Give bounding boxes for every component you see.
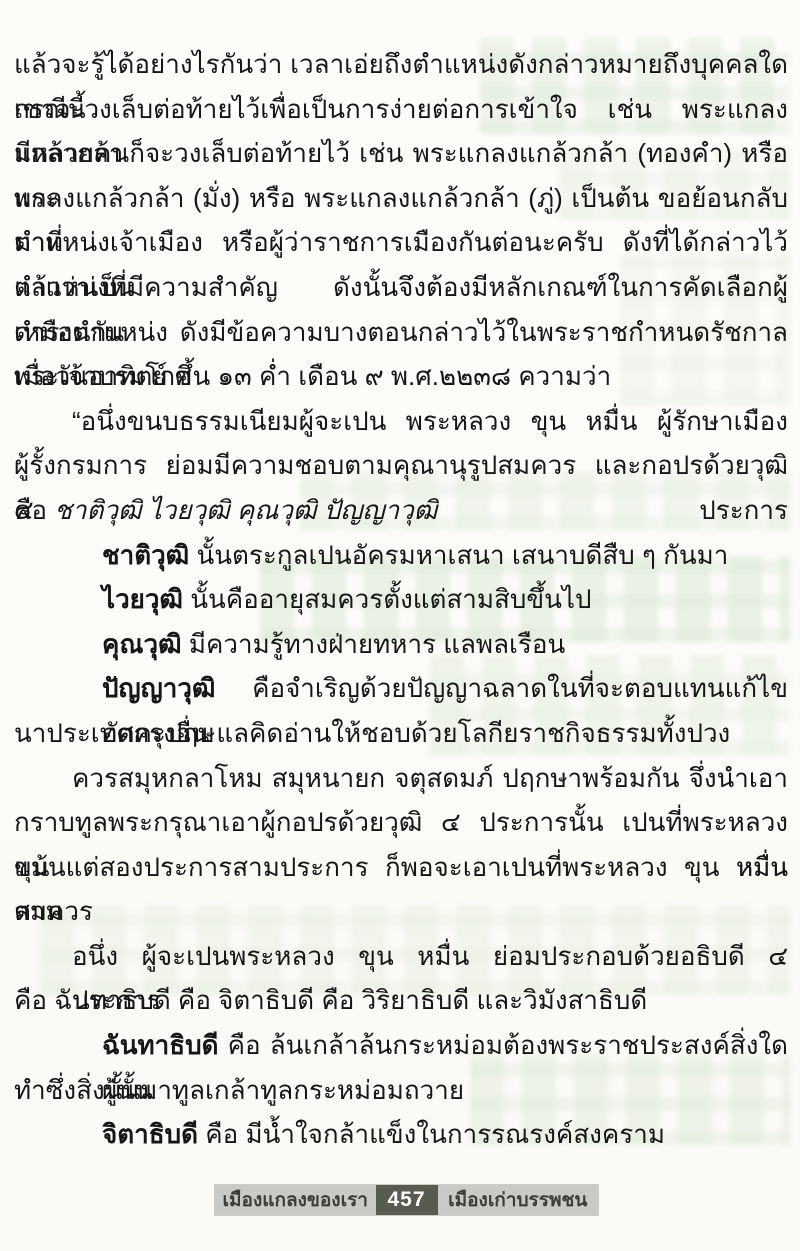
footer-right-title-label: เมืองเก่าบรรพชน <box>448 1185 587 1215</box>
text-line: กราบทูลพระกรุณาเอาผู้กอปรด้วยวุฒิ ๔ ประก… <box>14 800 788 845</box>
footer-right-title: เมืองเก่าบรรพชน <box>438 1185 599 1215</box>
text-run: ชาติวุฒิ ไวยวุฒิ คุณวุฒิ ปัญญาวุฒิ <box>54 495 437 525</box>
footer-band: เมืองแกลงของเรา 457 เมืองเก่าบรรพชน <box>215 1185 598 1215</box>
text-line: ทำซึ่งสิ่งนั้นมาทูลเกล้าทูลกระหม่อมถวาย <box>14 1068 788 1113</box>
text-line: ผู้รั้งกรมการ ย่อมมีความชอบตามคุณานุรูปส… <box>14 443 788 488</box>
text-run: เมื่อวันอาทิตย์ ขึ้น ๑๓ ค่ำ เดือน ๙ พ.ศ.… <box>14 361 611 391</box>
footer-left-title-label: เมืองแกลงของเรา <box>223 1185 368 1215</box>
text-line: อนึ่ง ผู้จะเปนพระหลวง ขุน หมื่น ย่อมประก… <box>14 934 788 979</box>
text-line: เมื่อวันอาทิตย์ ขึ้น ๑๓ ค่ำ เดือน ๙ พ.ศ.… <box>14 354 788 399</box>
text-line: ฉันทาธิบดี คือ ล้นเกล้าล้นกระหม่อมต้องพร… <box>14 1023 788 1068</box>
text-line: ตำแหน่งเจ้าเมือง หรือผู้ว่าราชการเมืองกั… <box>14 220 788 265</box>
term-word: คุณวุฒิ <box>102 629 182 659</box>
text-line: ชาติวุฒิ นั้นตระกูลเปนอัครมหาเสนา เสนาบด… <box>14 533 788 578</box>
text-run: สมควร <box>14 896 93 926</box>
text-line: เหมือนกัน ดังมีข้อความบางตอนกล่าวไว้ในพร… <box>14 310 788 355</box>
text-run: คือ <box>14 495 54 525</box>
scanned-book-page: แล้วจะรู้ได้อย่างไรกันว่า เวลาเอ่ยถึงตำแ… <box>0 0 800 1251</box>
text-run: นั้นตระกูลเปนอัครมหาเสนา เสนาบดีสืบ ๆ กั… <box>189 540 728 570</box>
text-line: “อนึ่งขนบธรรมเนียมผู้จะเปน พระหลวง ขุน ห… <box>14 399 788 444</box>
text-line: แกลงแกล้วกล้า (มั่ง) หรือ พระแกลงแกล้วกล… <box>14 176 788 221</box>
footer-left-title: เมืองแกลงของเรา <box>215 1185 376 1215</box>
text-line: แม้นแต่สองประการสามประการ ก็พอจะเอาเปนที… <box>14 845 788 890</box>
text-run: นาประเทศกรุงอื่น แลคิดอ่านให้ชอบด้วยโลกี… <box>14 718 730 748</box>
term-word: ปัญญาวุฒิ <box>102 673 216 703</box>
text-line: ควรสมุหกลาโหม สมุหนายก จตุสดมภ์ ปฤกษาพร้… <box>14 756 788 801</box>
term-word: ชาติวุฒิ <box>102 540 189 570</box>
term-word: ฉันทาธิบดี <box>102 1030 218 1060</box>
text-run: นั้นคืออายุสมควรตั้งแต่สามสิบขึ้นไป <box>183 584 592 614</box>
text-line: ปัญญาวุฒิ คือจำเริญด้วยปัญญาฉลาดในที่จะต… <box>14 666 788 711</box>
text-run: ทำซึ่งสิ่งนั้นมาทูลเกล้าทูลกระหม่อมถวาย <box>14 1075 464 1105</box>
text-line: เขาจะวงเล็บต่อท้ายไว้เพื่อเป็นการง่ายต่อ… <box>14 87 788 132</box>
text-line: นาประเทศกรุงอื่น แลคิดอ่านให้ชอบด้วยโลกี… <box>14 711 788 756</box>
text-run: ควรสมุหกลาโหม สมุหนายก จตุสดมภ์ ปฤกษาพร้… <box>72 763 788 793</box>
text-run: คือ มีน้ำใจกล้าแข็งในการรณรงค์สงคราม <box>198 1119 665 1149</box>
page-number-box: 457 <box>376 1185 438 1215</box>
text-run: มีความรู้ทางฝ่ายทหาร แลพลเรือน <box>182 629 566 659</box>
text-run: คือ ฉันทาธิบดี คือ จิตาธิบดี คือ วิริยาธ… <box>14 985 647 1015</box>
text-line: คือ ฉันทาธิบดี คือ จิตาธิบดี คือ วิริยาธ… <box>14 978 788 1023</box>
term-word: จิตาธิบดี <box>102 1119 198 1149</box>
body-text: แล้วจะรู้ได้อย่างไรกันว่า เวลาเอ่ยถึงตำแ… <box>14 42 788 1157</box>
text-line: ไวยวุฒิ นั้นคืออายุสมควรตั้งแต่สามสิบขึ้… <box>14 577 788 622</box>
text-line: แล้วจะรู้ได้อย่างไรกันว่า เวลาเอ่ยถึงตำแ… <box>14 42 788 87</box>
term-word: ไวยวุฒิ <box>102 584 183 614</box>
text-line: คุณวุฒิ มีความรู้ทางฝ่ายทหาร แลพลเรือน <box>14 622 788 667</box>
text-line: มีหลายคนก็จะวงเล็บต่อท้ายไว้ เช่น พระแกล… <box>14 131 788 176</box>
page-number: 457 <box>387 1188 425 1212</box>
text-run: “อนึ่งขนบธรรมเนียมผู้จะเปน พระหลวง ขุน ห… <box>72 406 788 436</box>
text-line: จิตาธิบดี คือ มีน้ำใจกล้าแข็งในการรณรงค์… <box>14 1112 788 1157</box>
text-line: ตำแหน่งที่มีความสำคัญ ดังนั้นจึงต้องมีหล… <box>14 265 788 310</box>
text-line: สมควร <box>14 889 788 934</box>
